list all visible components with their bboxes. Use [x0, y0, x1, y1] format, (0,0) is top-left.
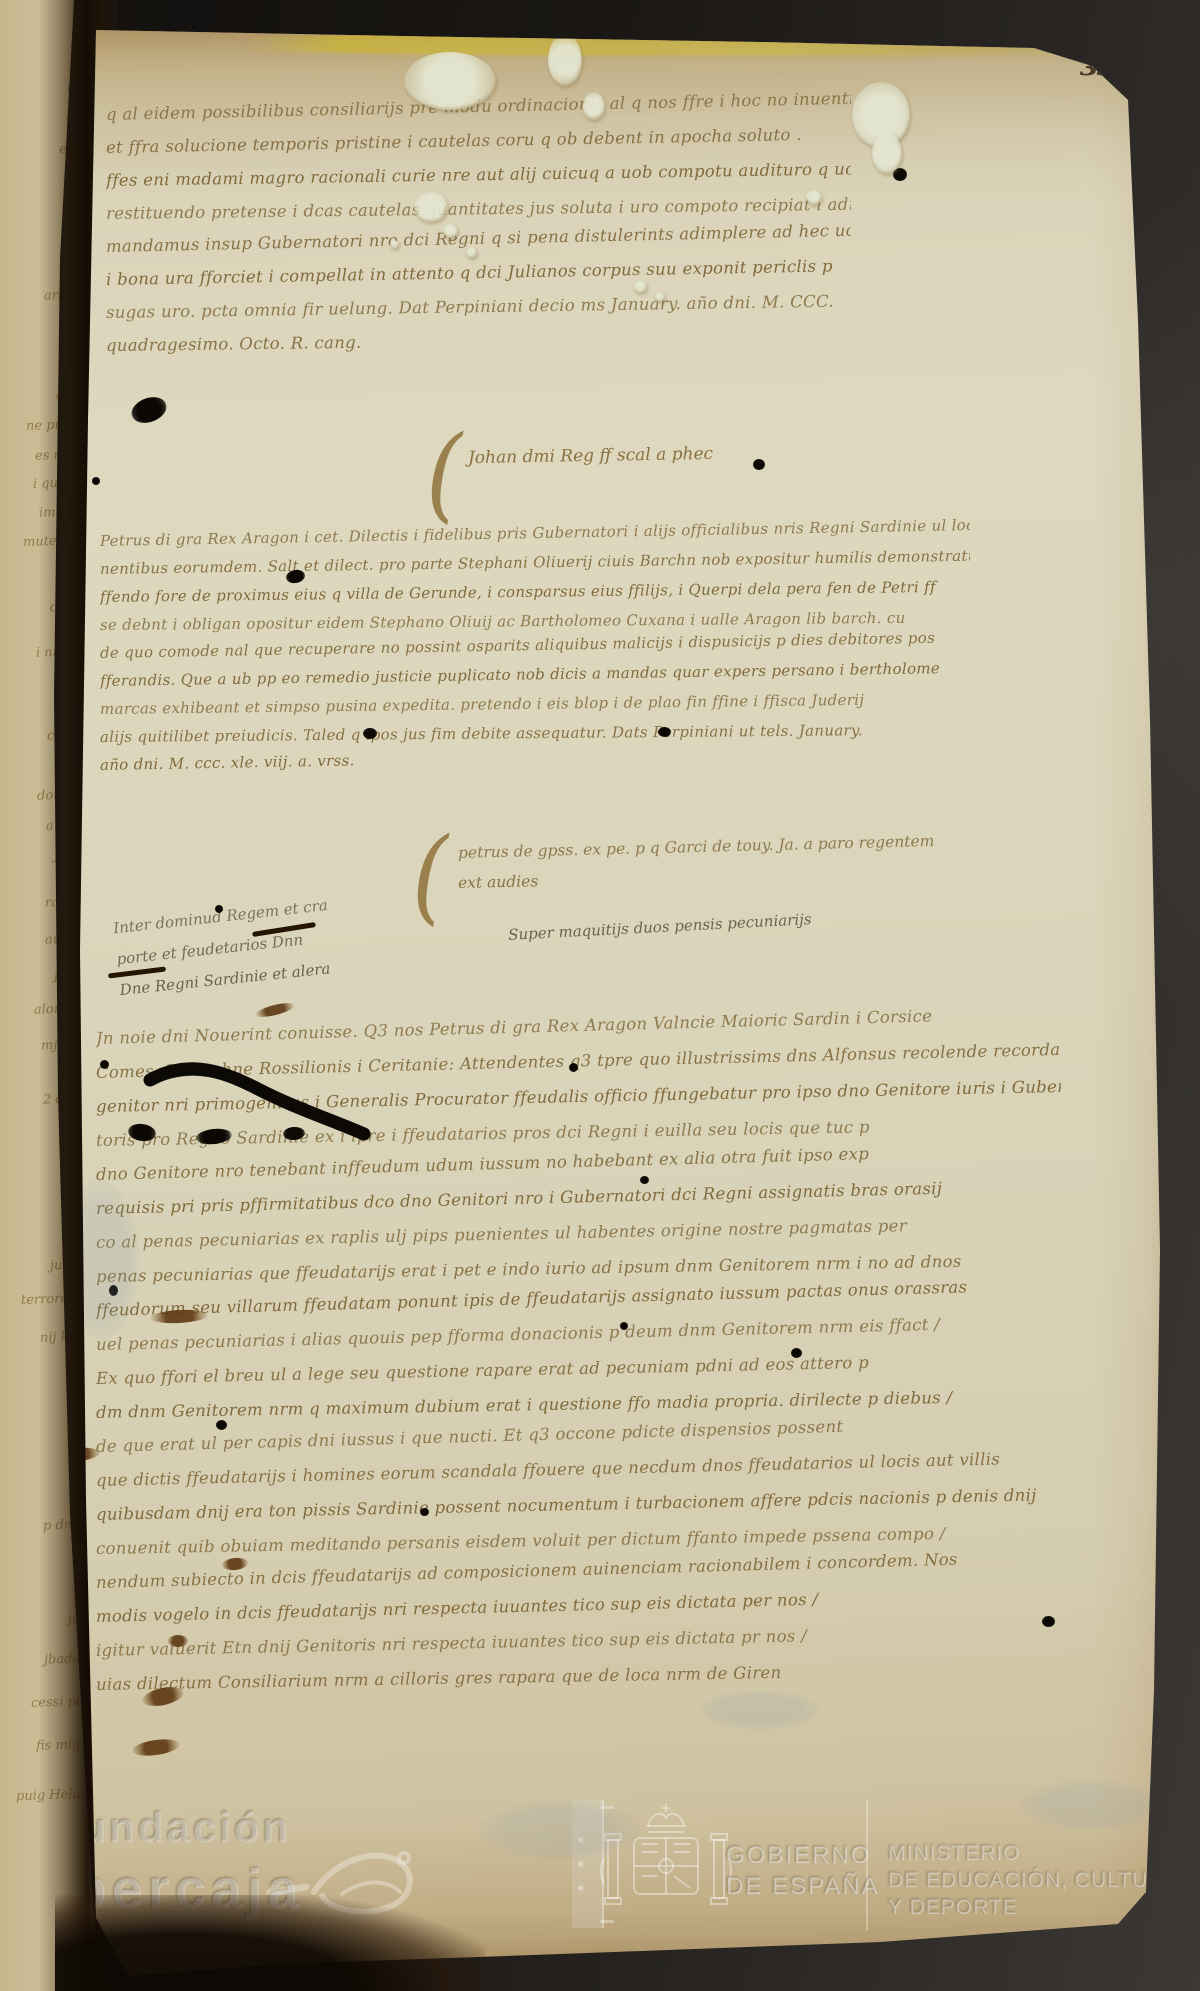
ministerio-watermark: MINISTERIO DE EDUCACIÓN, CULTURA Y DEPOR… [888, 1840, 1179, 1921]
wax-spot [466, 247, 477, 258]
text-block-2: Petrus di gra Rex Aragon i cet. Dilectis… [100, 527, 970, 779]
ink-spot [658, 727, 671, 737]
margin-note-right: Super maquitijs duos pensis pecuniarijs [508, 910, 812, 944]
folio-number-ink: ɜɜ [1080, 48, 1114, 83]
wax-spot [634, 281, 647, 293]
watermark-divider-line [866, 1800, 868, 1930]
ink-spot [640, 1176, 649, 1184]
star-icon: ✶ [576, 1858, 585, 1871]
wax-spot [443, 224, 458, 238]
ink-spot [131, 1737, 181, 1759]
ministerio-line3: Y DEPORTE [888, 1894, 1179, 1921]
ministerio-line1: MINISTERIO [888, 1840, 1179, 1867]
wax-spot [548, 34, 582, 86]
ink-spot [480, 1800, 640, 1860]
ink-spot [569, 1063, 578, 1072]
gilt-top-edge [250, 33, 1110, 55]
gobierno-watermark: GOBIERNO DE ESPAÑA [726, 1840, 880, 1902]
ink-spot [128, 393, 170, 428]
paraph-bracket-2: ( [412, 816, 448, 936]
burned-corner [55, 1895, 485, 1991]
text-block-1: q al eidem possibilibus consiliarijs pre… [106, 98, 851, 362]
ink-spot [1020, 1780, 1160, 1830]
ink-spot [215, 905, 223, 913]
ink-spot [420, 1508, 429, 1516]
wax-spot [404, 52, 496, 110]
wax-spot [655, 292, 665, 302]
ink-stroke [140, 1048, 380, 1148]
folio-number: ɜɜʒ [1080, 48, 1130, 83]
wax-spot [414, 192, 448, 222]
ink-spot [100, 1060, 109, 1069]
heading-line: Johan dmi Reg ff scal a phec [468, 444, 713, 468]
ministerio-line2: DE EDUCACIÓN, CULTURA [888, 1867, 1179, 1894]
gobierno-line1: GOBIERNO [726, 1840, 880, 1871]
ink-spot [168, 1635, 188, 1647]
ink-spot [92, 477, 100, 485]
ink-spot [620, 1322, 628, 1330]
ink-spot [1042, 1616, 1055, 1627]
closing-formula: petrus de gpss. ex pe. p q Garci de touy… [458, 838, 935, 898]
wax-spot [872, 132, 902, 174]
ink-spot [700, 1690, 820, 1730]
margin-note-left: Inter dominud Regem et craporte et feude… [112, 891, 336, 1006]
manuscript-page: ɜɜʒ q al eidem possibilibus consiliarijs… [0, 0, 1200, 1991]
ink-spot [363, 728, 377, 739]
star-icon: ✶ [576, 1882, 585, 1895]
wax-spot [390, 240, 399, 249]
folio-number-pencil: ʒ [1114, 49, 1130, 82]
wax-spot [806, 190, 822, 205]
paraph-bracket-1: ( [426, 414, 462, 534]
photo-background: ataresseffffsmaararaga.aabne puat,es nro… [0, 0, 1200, 1991]
ink-spot [216, 1420, 227, 1430]
wax-spot [583, 92, 605, 120]
ink-spot [753, 459, 765, 470]
ink-spot [791, 1348, 802, 1358]
gobierno-line2: DE ESPAÑA [726, 1871, 880, 1902]
